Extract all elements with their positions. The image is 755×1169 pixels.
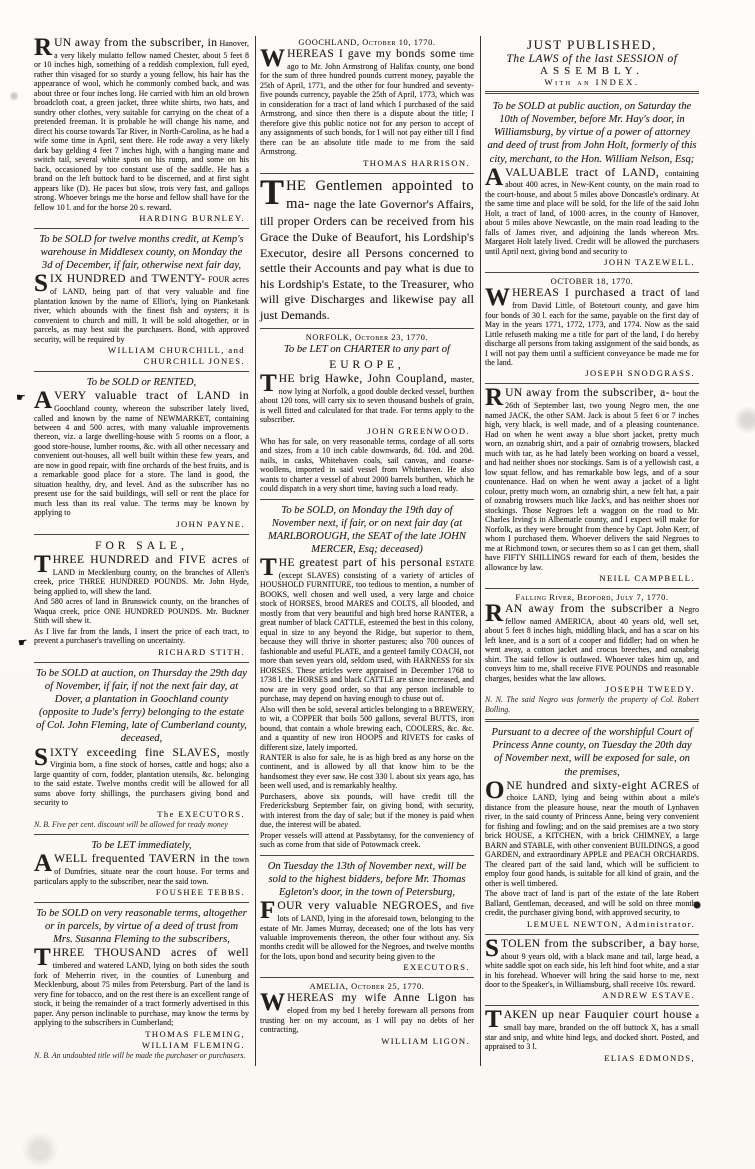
drop-cap: T bbox=[260, 373, 279, 393]
opening-phrase: TOLEN from the subscriber, a bay bbox=[501, 938, 677, 950]
notice-governors-affairs: THE Gentlemen appointed to ma- nage the … bbox=[260, 173, 474, 327]
signature: THOMAS HARRISON. bbox=[260, 158, 470, 168]
drop-cap: T bbox=[260, 177, 286, 206]
signature: ANDREW ESTAVE. bbox=[485, 990, 695, 1000]
paragraph-text: of choice LAND, lying and being within a… bbox=[485, 782, 699, 888]
opening-phrase: HEREAS I gave my bonds some bbox=[287, 48, 456, 60]
signature: HARDING BURNLEY. bbox=[34, 213, 245, 223]
article-paragraph: THE Gentlemen appointed to ma- nage the … bbox=[260, 177, 474, 324]
paragraph-text: Negro fellow named AMERICA, about 40 yea… bbox=[485, 605, 699, 683]
taken-up-mare: TAKEN up near Fauquier court house a sma… bbox=[485, 1005, 699, 1065]
drop-cap: W bbox=[485, 287, 512, 307]
signature: JOHN PAYNE. bbox=[34, 519, 245, 529]
nota-bene: N. N. The said Negro was formerly the pr… bbox=[485, 695, 699, 714]
opening-phrase: OUR very valuable NEGROES, bbox=[277, 900, 441, 912]
article-paragraph: Proper vessels will attend at Passbytans… bbox=[260, 831, 474, 850]
opening-phrase: IX HUNDRED and TWENTY- bbox=[50, 273, 205, 285]
opening-phrase: UN away from the subscriber, in bbox=[54, 37, 217, 49]
signature: NEILL CAMPBELL. bbox=[485, 573, 695, 583]
article-heading: Pursuant to a decree of the worshipful C… bbox=[487, 726, 697, 779]
signature: ELIAS EDMONDS, bbox=[485, 1053, 695, 1063]
article-dateline: GOOCHLAND, October 10, 1770. bbox=[260, 38, 474, 47]
drop-cap: O bbox=[485, 780, 507, 800]
signature: EXECUTORS. bbox=[260, 962, 470, 972]
nota-bene: N. B. An undoubted title will be made th… bbox=[34, 1051, 249, 1060]
article-paragraph: TAKEN up near Fauquier court house a sma… bbox=[485, 1009, 699, 1051]
article-paragraph: AVERY valuable tract of LAND in Goochlan… bbox=[34, 390, 249, 518]
runaway-burnley: RUN away from the subscriber, in Hanover… bbox=[34, 36, 249, 226]
tavern-dumfries: To be LET immediately,AWELL frequented T… bbox=[34, 834, 249, 900]
opening-phrase: AKEN up near Fauquier court house bbox=[504, 1009, 692, 1021]
signature: JOHN TAZEWELL. bbox=[485, 257, 695, 267]
article-heading: On Tuesday the 13th of November next, wi… bbox=[262, 860, 472, 899]
paragraph-text: Goochland county, whereon the subscriber… bbox=[34, 404, 249, 517]
signature: WILLIAM CHURCHILL, and bbox=[34, 345, 245, 355]
paragraph-text: As I live far from the lands, I insert t… bbox=[34, 627, 249, 645]
article-dateline: Falling River, Bedford, July 7, 1770. bbox=[485, 593, 699, 602]
article-dateline: NORFOLK, October 23, 1770. bbox=[260, 333, 474, 342]
drop-cap: T bbox=[485, 1009, 504, 1029]
article-paragraph: AVALUABLE tract of LAND, containing abou… bbox=[485, 167, 699, 257]
paragraph-text: And 580 acres of land in Brunswick count… bbox=[34, 597, 249, 625]
imprint-line: The LAWS of the last SESSION of bbox=[485, 53, 699, 65]
drop-cap: A bbox=[485, 167, 505, 187]
opening-phrase: HE greatest part of his personal bbox=[279, 557, 443, 569]
article-paragraph: ONE hundred and sixty-eight ACRES of cho… bbox=[485, 780, 699, 889]
article-paragraph: RANTER is also for sale, he is as high b… bbox=[260, 753, 474, 791]
imprint-line: ASSEMBLY. bbox=[485, 65, 699, 77]
signature: WILLIAM FLEMING. bbox=[34, 1040, 245, 1050]
drop-cap: A bbox=[34, 853, 54, 873]
article-dateline: OCTOBER 18, 1770. bbox=[485, 277, 699, 286]
auction-dover-slaves: To be SOLD at auction, on Thursday the 2… bbox=[34, 662, 249, 832]
paragraph-text: ESTATE (except SLAVES) consisting of a v… bbox=[260, 559, 474, 703]
article-paragraph: Also will then be sold, several articles… bbox=[260, 705, 474, 752]
paragraph-text: bout the 26th of September last, two you… bbox=[485, 389, 699, 571]
drop-cap: S bbox=[34, 747, 50, 767]
article-paragraph: RAN away from the subscriber a Negro fel… bbox=[485, 603, 699, 683]
article-paragraph: As I live far from the lands, I insert t… bbox=[34, 627, 249, 646]
opening-phrase: NE hundred and sixty-eight ACRES bbox=[507, 780, 690, 792]
drop-cap: W bbox=[260, 992, 287, 1012]
opening-phrase: VERY valuable tract of LAND in bbox=[54, 390, 249, 402]
paragraph-text: Who has for sale, on very reasonable ter… bbox=[260, 437, 474, 493]
signature: JOSEPH TWEEDY. bbox=[485, 684, 695, 694]
article-paragraph: WHEREAS I purchased a tract of land from… bbox=[485, 287, 699, 367]
signature: RICHARD STITH. bbox=[34, 647, 245, 657]
opening-phrase: UN away from the subscriber, a- bbox=[505, 387, 670, 399]
opening-phrase: VALUABLE tract of LAND, bbox=[505, 167, 659, 179]
signature: The EXECUTORS. bbox=[34, 809, 245, 819]
signature: JOHN GREENWOOD. bbox=[260, 426, 470, 436]
column-center: GOOCHLAND, October 10, 1770.WHEREAS I ga… bbox=[255, 36, 480, 1066]
opening-phrase: WELL frequented TAVERN in the bbox=[54, 853, 230, 865]
sale-stith-lands: FOR SALE,THREE HUNDRED and FIVE acres of… bbox=[34, 534, 249, 660]
drop-cap: F bbox=[260, 900, 277, 920]
stolen-bay-horse: STOLEN from the subscriber, a bay horse,… bbox=[485, 934, 699, 1004]
article-heading: To be SOLD at auction, on Thursday the 2… bbox=[36, 667, 247, 746]
article-heading: To be SOLD or RENTED, bbox=[36, 376, 247, 389]
article-paragraph: The above tract of land is part of the e… bbox=[485, 889, 699, 917]
auction-holt-land: To be SOLD at public auction, on Saturda… bbox=[485, 96, 699, 270]
article-heading: To be SOLD on very reasonable terms, alt… bbox=[36, 907, 247, 946]
drop-cap: T bbox=[34, 554, 53, 574]
opening-phrase: HREE THOUSAND acres of well bbox=[53, 947, 249, 959]
drop-cap: R bbox=[485, 387, 505, 407]
column-container: RUN away from the subscriber, in Hanover… bbox=[30, 36, 728, 1066]
paragraph-text: RANTER is also for sale, he is as high b… bbox=[260, 753, 474, 790]
signature: FOUSHEE TEBBS. bbox=[34, 887, 245, 897]
article-heading: To be SOLD, on Monday the 19th day of No… bbox=[262, 504, 472, 557]
drop-cap: S bbox=[485, 938, 501, 958]
drop-cap: R bbox=[485, 603, 505, 623]
signature: LEMUEL NEWTON, Administrator. bbox=[485, 919, 695, 929]
article-paragraph: RUN away from the subscriber, a- bout th… bbox=[485, 387, 699, 572]
drop-cap: T bbox=[260, 557, 279, 577]
drop-cap: R bbox=[34, 37, 54, 57]
article-heading: FOR SALE, bbox=[36, 539, 247, 553]
article-dateline: AMELIA, October 25, 1770. bbox=[260, 982, 474, 991]
column-left: RUN away from the subscriber, in Hanover… bbox=[30, 36, 255, 1066]
article-paragraph: THREE HUNDRED and FIVE acres of LAND in … bbox=[34, 554, 249, 596]
manicule-icon: ☛ bbox=[17, 635, 29, 649]
manicule-icon: ☛ bbox=[16, 391, 26, 404]
article-paragraph: WHEREAS I gave my bonds some time ago to… bbox=[260, 48, 474, 157]
nota-bene: N. B. Five per cent. discount will be al… bbox=[34, 820, 249, 829]
signature: JOSEPH SNODGRASS. bbox=[485, 368, 695, 378]
opening-phrase: AN away from the subscriber a bbox=[505, 603, 674, 615]
notice-harrison-bonds: GOOCHLAND, October 10, 1770.WHEREAS I ga… bbox=[260, 36, 474, 171]
opening-phrase: HEREAS my wife Anne Ligon bbox=[287, 992, 457, 1004]
paragraph-text: time ago to Mr. John Armstrong of Halifa… bbox=[260, 50, 474, 156]
article-paragraph: STOLEN from the subscriber, a bay horse,… bbox=[485, 938, 699, 990]
notice-snodgrass-bonds: OCTOBER 18, 1770.WHEREAS I purchased a t… bbox=[485, 272, 699, 381]
paragraph-text: timbered and watered LAND, lying on both… bbox=[34, 961, 249, 1027]
article-heading: To be LET on CHARTER to any part of bbox=[262, 343, 472, 356]
article-paragraph: And 580 acres of land in Brunswick count… bbox=[34, 597, 249, 625]
signature: WILLIAM LIGON. bbox=[260, 1036, 470, 1046]
article-paragraph: Who has for sale, on very reasonable ter… bbox=[260, 437, 474, 494]
notice-ligon-elopement: AMELIA, October 25, 1770.WHEREAS my wife… bbox=[260, 977, 474, 1048]
signature: THOMAS FLEMING, bbox=[34, 1029, 245, 1039]
article-paragraph: AWELL frequented TAVERN in the town of D… bbox=[34, 853, 249, 886]
article-heading: EUROPE, bbox=[262, 358, 472, 372]
paragraph-text: FOUR acres of LAND, being part of that v… bbox=[34, 275, 249, 343]
sale-marlborough-mercer: To be SOLD, on Monday the 19th day of No… bbox=[260, 499, 474, 853]
drop-cap: T bbox=[34, 947, 53, 967]
imprint-line: JUST PUBLISHED, bbox=[485, 37, 699, 53]
sale-petersburg-lots: On Tuesday the 13th of November next, wi… bbox=[260, 855, 474, 976]
sale-fleming-land: To be SOLD on very reasonable terms, alt… bbox=[34, 902, 249, 1063]
article-paragraph: RUN away from the subscriber, in Hanover… bbox=[34, 37, 249, 212]
newspaper-page: ☛ ☛ RUN away from the subscriber, in Han… bbox=[0, 0, 755, 1169]
sale-kemps-warehouse: To be SOLD for twelve months credit, at … bbox=[34, 228, 249, 369]
article-paragraph: WHEREAS my wife Anne Ligon has eloped fr… bbox=[260, 992, 474, 1034]
article-heading: To be LET immediately, bbox=[36, 839, 247, 852]
opening-phrase: HEREAS I purchased a tract of bbox=[512, 287, 681, 299]
article-heading: To be SOLD at public auction, on Saturda… bbox=[487, 100, 697, 166]
article-paragraph: SIX HUNDRED and TWENTY- FOUR acres of LA… bbox=[34, 273, 249, 344]
article-paragraph: THREE THOUSAND acres of well timbered an… bbox=[34, 947, 249, 1027]
runaway-jack-sam: RUN away from the subscriber, a- bout th… bbox=[485, 383, 699, 586]
just-published-laws: JUST PUBLISHED,The LAWS of the last SESS… bbox=[485, 36, 699, 94]
article-paragraph: Purchasers, above six pounds, will have … bbox=[260, 792, 474, 830]
article-paragraph: FOUR very valuable NEGROES, and five lot… bbox=[260, 900, 474, 961]
article-paragraph: THE brig Hawke, John Coupland, master, n… bbox=[260, 373, 474, 425]
opening-phrase: HREE HUNDRED and FIVE acres bbox=[53, 554, 238, 566]
article-paragraph: THE greatest part of his personal ESTATE… bbox=[260, 557, 474, 704]
paragraph-text: nage the late Governor's Affairs, till p… bbox=[260, 197, 474, 321]
imprint-line: With an INDEX. bbox=[485, 77, 699, 87]
paragraph-text: Also will then be sold, several articles… bbox=[260, 705, 474, 752]
sale-newmarket: To be SOLD or RENTED,AVERY valuable trac… bbox=[34, 371, 249, 532]
runaway-america: Falling River, Bedford, July 7, 1770.RAN… bbox=[485, 588, 699, 717]
decree-princess-anne: Pursuant to a decree of the worshipful C… bbox=[485, 719, 699, 932]
charter-brig-hawke: NORFOLK, October 23, 1770.To be LET on C… bbox=[260, 328, 474, 496]
paragraph-text: Hanover, a very likely mulatto fellow na… bbox=[34, 39, 249, 212]
article-heading: To be SOLD for twelve months credit, at … bbox=[36, 233, 247, 272]
article-paragraph: SIXTY exceeding fine SLAVES, mostly Virg… bbox=[34, 747, 249, 808]
column-right: JUST PUBLISHED,The LAWS of the last SESS… bbox=[480, 36, 705, 1066]
paragraph-text: containing about 400 acres, in New-Kent … bbox=[485, 169, 699, 256]
drop-cap: W bbox=[260, 48, 287, 68]
paragraph-text: land from David Little, of Botetourt cou… bbox=[485, 289, 699, 367]
opening-phrase: IXTY exceeding fine SLAVES, bbox=[50, 747, 220, 759]
drop-cap: A bbox=[34, 390, 54, 410]
paragraph-text: Proper vessels will attend at Passbytans… bbox=[260, 831, 474, 849]
paragraph-text: The above tract of land is part of the e… bbox=[485, 889, 699, 917]
opening-phrase: HE brig Hawke, John Coupland, bbox=[279, 373, 447, 385]
signature: CHURCHILL JONES. bbox=[34, 356, 245, 366]
drop-cap: S bbox=[34, 273, 50, 293]
paragraph-text: Purchasers, above six pounds, will have … bbox=[260, 792, 474, 829]
